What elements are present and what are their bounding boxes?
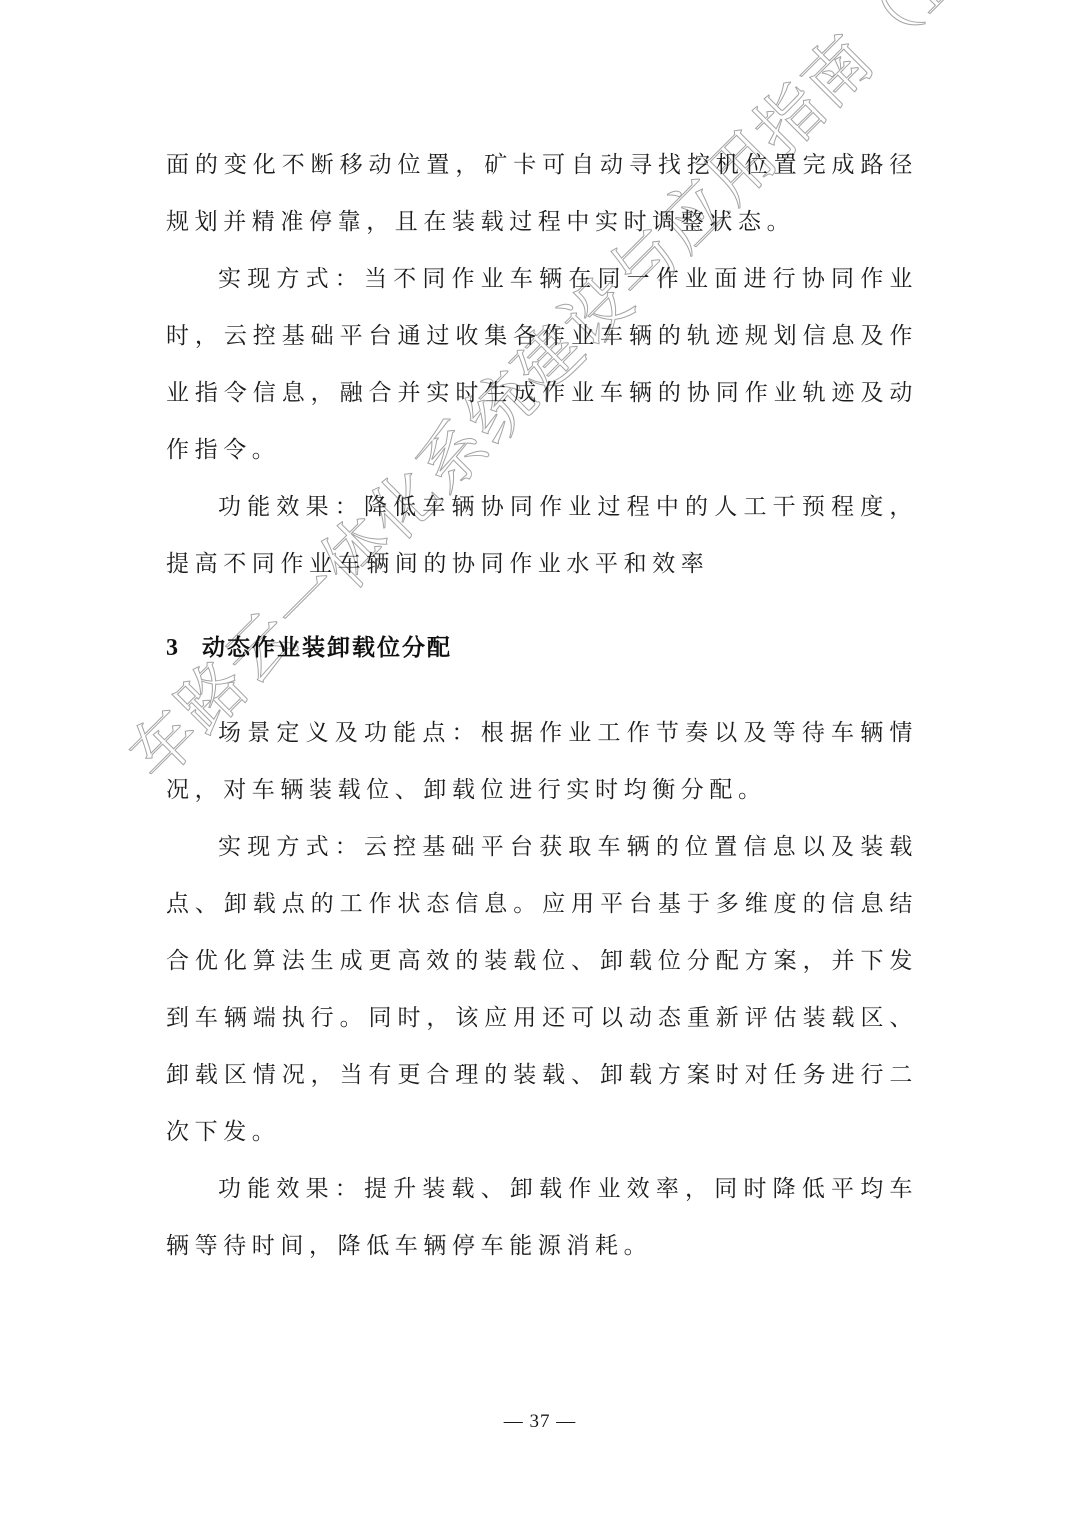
section-number: 3	[166, 620, 202, 677]
paragraph-implementation: 实现方式：云控基础平台获取车辆的位置信息以及装载点、卸载点的工作状态信息。应用平…	[166, 819, 918, 1161]
paragraph-scenario: 场景定义及功能点：根据作业工作节奏以及等待车辆情况，对车辆装载位、卸载位进行实时…	[166, 705, 918, 819]
document-page: 车路云一体化系统建设与应用指南（正式发布版） 面的变化不断移动位置，矿卡可自动寻…	[0, 0, 1080, 1527]
section-title: 动态作业装卸载位分配	[202, 620, 452, 677]
paragraph-effect: 功能效果：提升装载、卸载作业效率，同时降低平均车辆等待时间，降低车辆停车能源消耗…	[166, 1161, 918, 1275]
paragraph-effect: 功能效果：降低车辆协同作业过程中的人工干预程度，提高不同作业车辆间的协同作业水平…	[166, 479, 918, 593]
section-heading: 3 动态作业装卸载位分配	[166, 620, 918, 677]
paragraph-implementation: 实现方式：当不同作业车辆在同一作业面进行协同作业时，云控基础平台通过收集各作业车…	[166, 251, 918, 479]
paragraph-continuation: 面的变化不断移动位置，矿卡可自动寻找挖机位置完成路径规划并精准停靠，且在装载过程…	[166, 137, 918, 251]
page-number: — 37 —	[0, 1411, 1080, 1433]
page-content: 面的变化不断移动位置，矿卡可自动寻找挖机位置完成路径规划并精准停靠，且在装载过程…	[166, 137, 918, 1275]
